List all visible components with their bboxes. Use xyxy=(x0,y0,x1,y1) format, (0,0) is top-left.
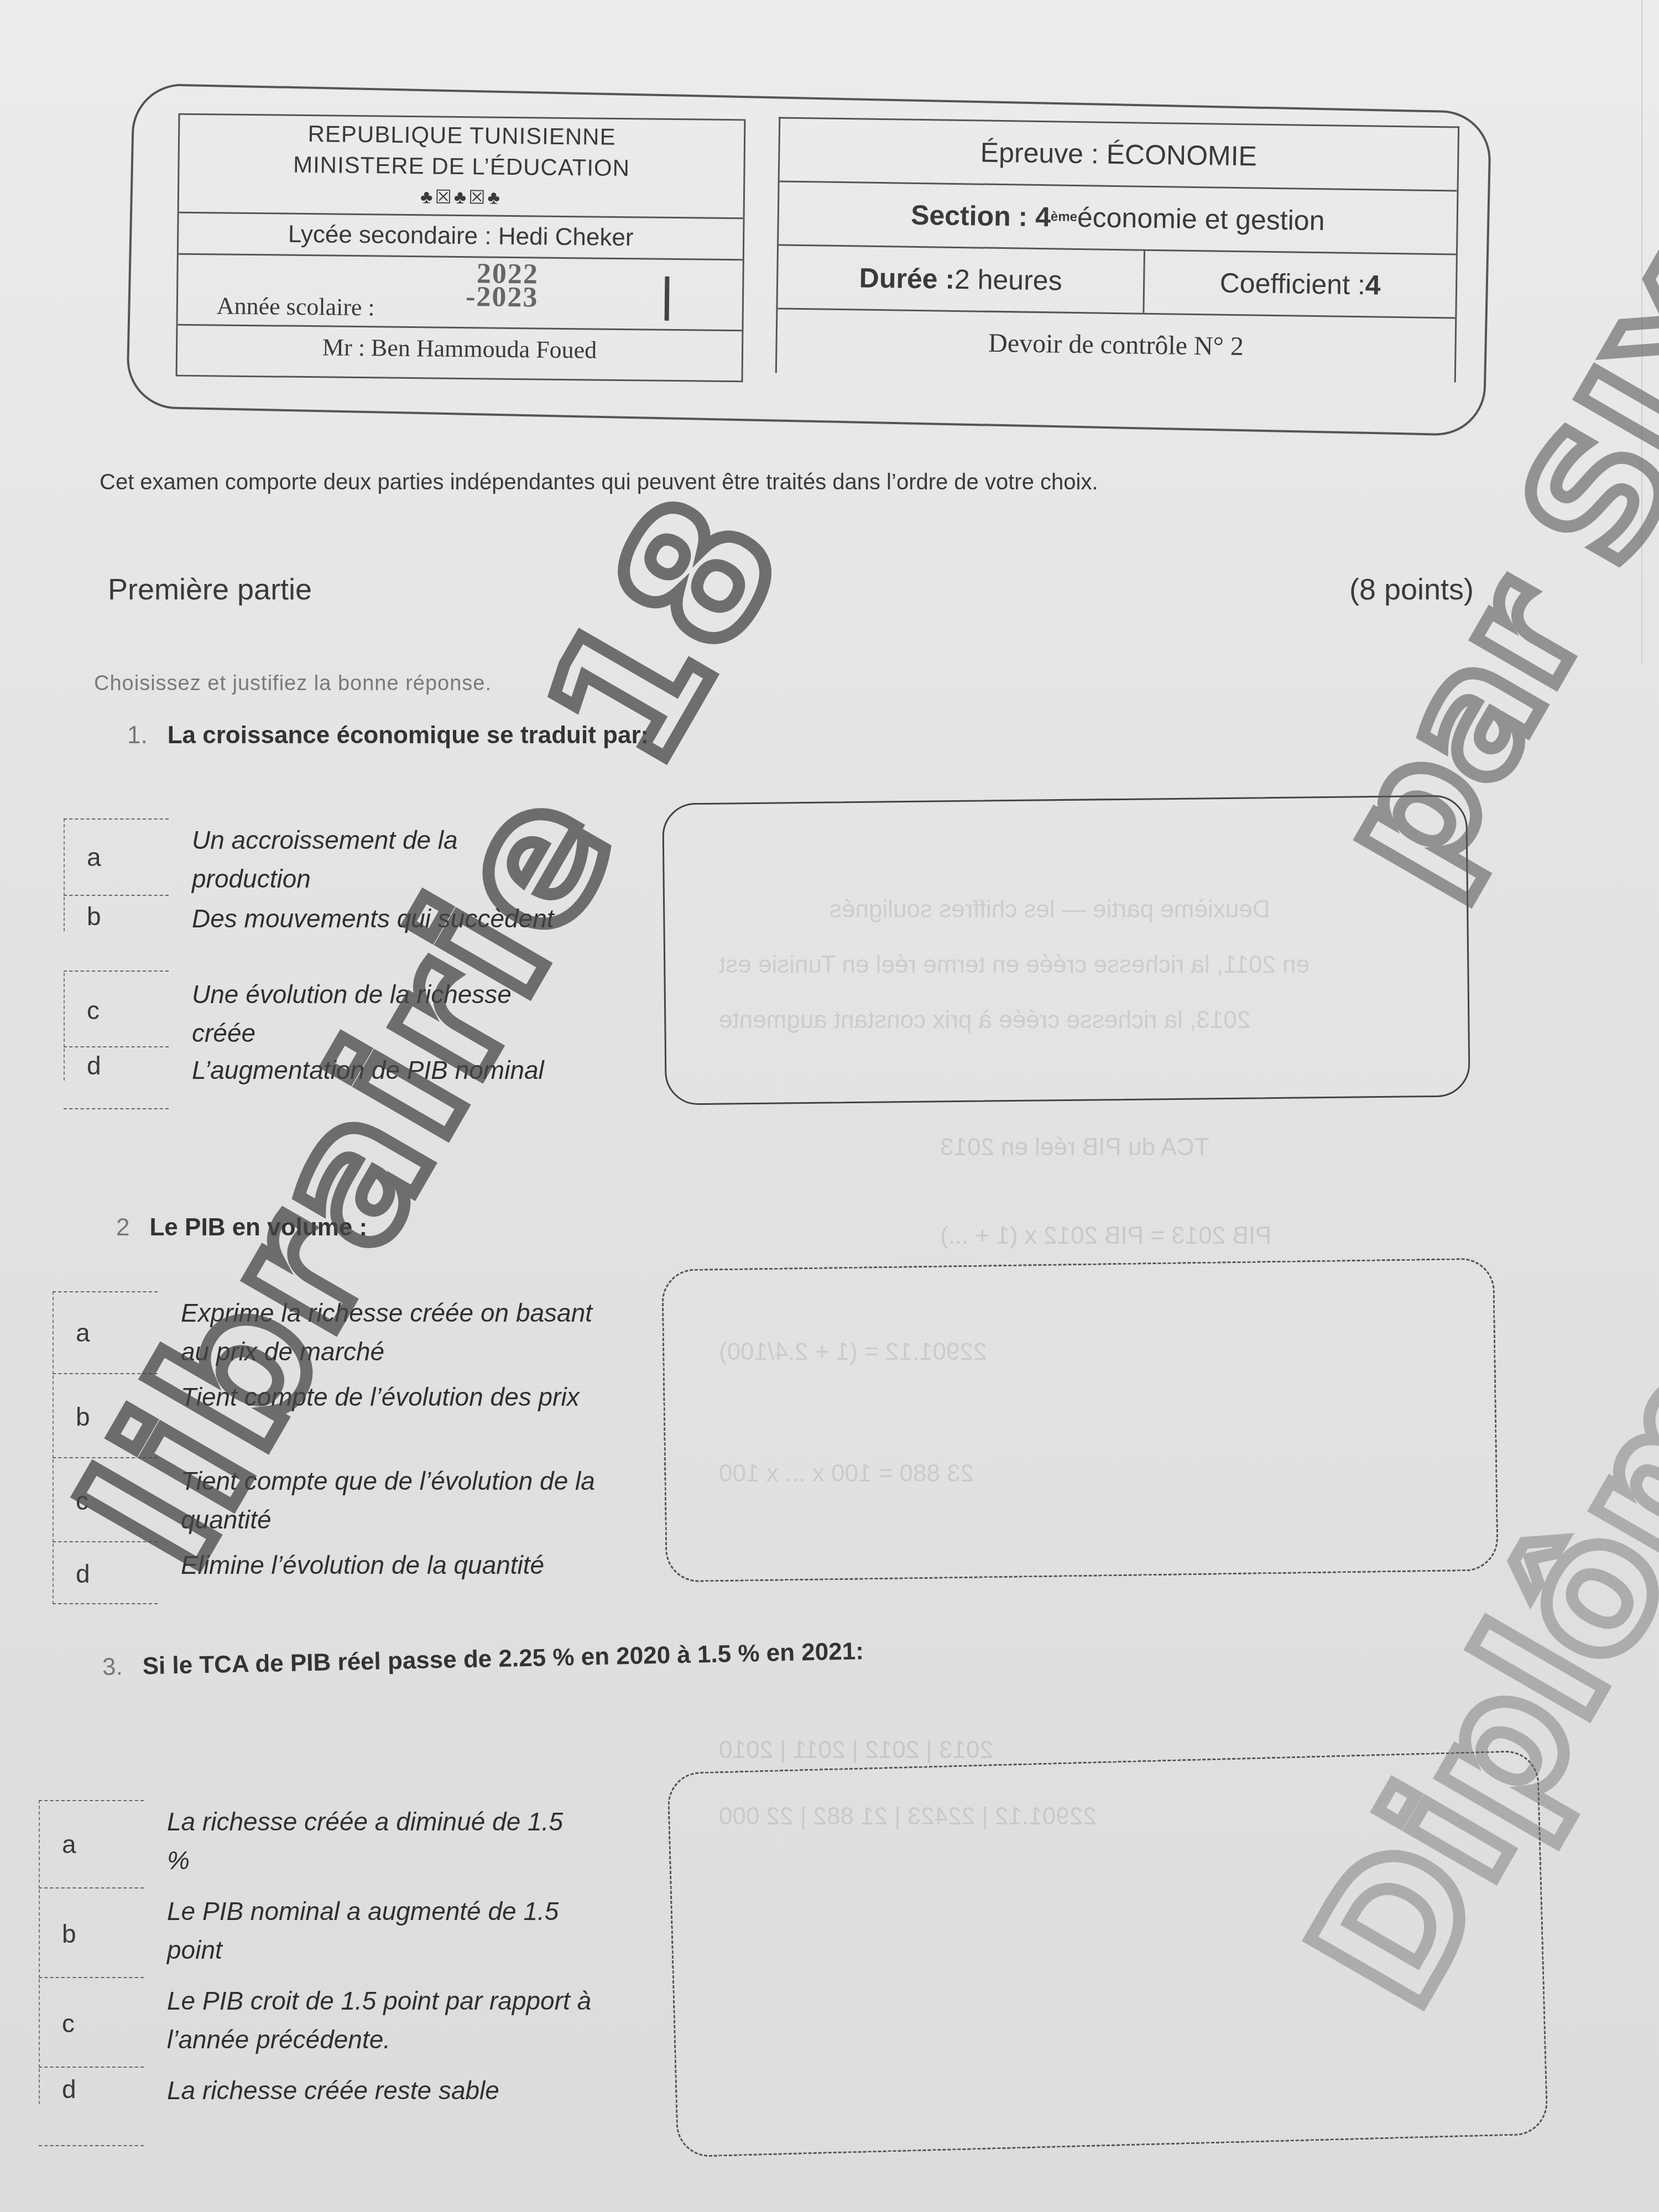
option-b[interactable]: b Le PIB nominal a augmenté de 1.5 point xyxy=(39,1890,619,1979)
section-label: Section : 4 xyxy=(911,199,1051,233)
exam-intro: Cet examen comporte deux parties indépen… xyxy=(100,470,1098,495)
option-a[interactable]: a La richesse créée a diminué de 1.5 % xyxy=(39,1800,619,1890)
option-letter: a xyxy=(39,1800,167,1888)
instruction: Choisissez et justifiez la bonne réponse… xyxy=(94,672,492,696)
exam-title: Devoir de contrôle N° 2 xyxy=(777,309,1455,379)
section-sup: ème xyxy=(1051,209,1077,225)
section-info: Section : 4ème économie et gestion xyxy=(779,182,1457,255)
year-end: -2023 xyxy=(466,285,539,309)
school-year-label: Année scolaire : xyxy=(217,291,375,321)
country-name: REPUBLIQUE TUNISIENNE xyxy=(307,118,616,153)
option-text: Le PIB croit de 1.5 point par rapport à … xyxy=(167,1979,598,2068)
option-d[interactable]: d La richesse créée reste sable xyxy=(39,2069,619,2147)
option-text: Le PIB nominal a augmenté de 1.5 point xyxy=(167,1890,587,1978)
option-text: La richesse créée a diminué de 1.5 % xyxy=(167,1800,587,1888)
option-letter: d xyxy=(64,1048,192,1081)
question-number: 1. xyxy=(127,722,148,749)
duration: Durée : 2 heures xyxy=(778,246,1145,312)
emblem-icon: ♣☒♣☒♣ xyxy=(420,181,502,213)
question-number: 2 xyxy=(116,1214,129,1241)
question-number: 3. xyxy=(102,1653,123,1681)
duration-coefficient-row: Durée : 2 heures Coefficient : 4 xyxy=(778,246,1455,319)
question-3-options: a La richesse créée a diminué de 1.5 % b… xyxy=(39,1800,619,2147)
teacher-name: Mr : Ben Hammouda Foued xyxy=(178,326,742,372)
subject-title: Épreuve : ÉCONOMIE xyxy=(780,118,1458,191)
school-year-cell: Année scolaire : 2022 -2023 xyxy=(178,255,742,332)
exam-info-block: Épreuve : ÉCONOMIE Section : 4ème économ… xyxy=(775,117,1459,382)
option-letter: d xyxy=(39,2069,167,2104)
ministry-cell: REPUBLIQUE TUNISIENNE MINISTERE DE L’ÉDU… xyxy=(179,115,744,220)
ministry-name: MINISTERE DE L’ÉDUCATION xyxy=(293,149,630,183)
coefficient-label: Coefficient : xyxy=(1219,267,1365,301)
school-info-block: REPUBLIQUE TUNISIENNE MINISTERE DE L’ÉDU… xyxy=(176,113,746,383)
school-name: Lycée secondaire : Hedi Cheker xyxy=(179,213,743,261)
option-letter: c xyxy=(64,973,192,1047)
option-letter: c xyxy=(39,1979,167,2068)
stamp-mark xyxy=(665,276,670,321)
coefficient: Coefficient : 4 xyxy=(1144,251,1456,317)
show-through-text: TCA du PIB réel en 2013 xyxy=(940,1134,1209,1161)
answer-box-2[interactable] xyxy=(661,1258,1499,1583)
option-text: La richesse créée reste sable xyxy=(167,2069,499,2112)
coefficient-value: 4 xyxy=(1365,269,1381,301)
show-through-text: 2013 | 2012 | 2011 | 2010 xyxy=(719,1736,993,1764)
option-letter: a xyxy=(64,818,192,896)
school-year-stamp: 2022 -2023 xyxy=(466,262,539,309)
duration-label: Durée : xyxy=(859,262,954,295)
option-d[interactable]: d Elimine l’évolution de la quantité xyxy=(53,1543,633,1605)
show-through-text: PIB 2013 = PIB 2012 x (1 + ...) xyxy=(940,1222,1271,1250)
section-name: économie et gestion xyxy=(1077,201,1325,237)
option-c[interactable]: c Le PIB croit de 1.5 point par rapport … xyxy=(39,1979,619,2069)
option-letter: b xyxy=(64,897,192,931)
option-letter: b xyxy=(39,1890,167,1978)
part-title: Première partie xyxy=(108,572,312,607)
duration-value: 2 heures xyxy=(954,263,1062,297)
